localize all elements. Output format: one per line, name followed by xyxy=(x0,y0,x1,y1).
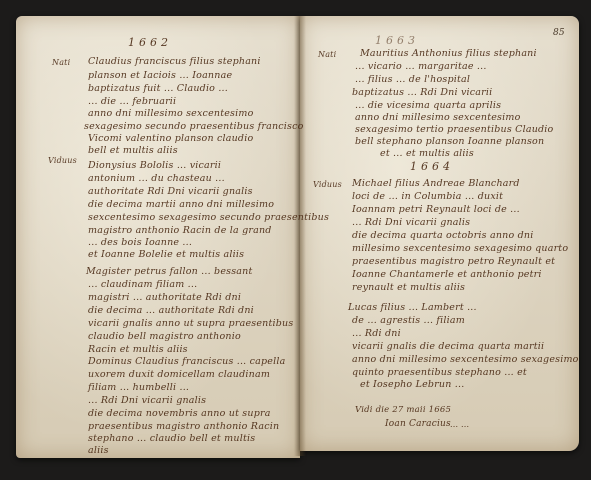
entry-line: et ... et multis aliis xyxy=(380,148,474,159)
entry-line: aliis xyxy=(88,445,109,456)
entry-line: Ioanne Chantamerle et anthonio petri xyxy=(352,269,542,280)
right-year-heading-top: 1663 xyxy=(375,34,419,47)
entry-line: planson et Iaciois ... Ioannae xyxy=(88,70,232,81)
entry-line: ... Rdi Dni vicarii gnalis xyxy=(352,217,470,228)
entry-line: baptizatus ... Rdi Dni vicarii xyxy=(352,87,492,98)
entry-line: loci de ... in Columbia ... duxit xyxy=(352,191,503,202)
entry-line: et Iosepho Lebrun ... xyxy=(360,379,464,390)
entry-line: Magister petrus fallon ... bessant xyxy=(86,266,253,277)
margin-note: Nati xyxy=(52,58,70,67)
entry-line: claudio bell magistro anthonio xyxy=(88,331,241,342)
entry-line: die decima novembris anno ut supra xyxy=(88,408,271,419)
entry-line: magistro anthonio Racin de la grand xyxy=(88,225,272,236)
entry-line: Dominus Claudius franciscus ... capella xyxy=(88,356,285,367)
entry-line: ... claudinam filiam ... xyxy=(88,279,197,290)
entry-line: Ioannam petri Reynault loci de ... xyxy=(352,204,520,215)
entry-line: et Ioanne Bolelie et multis aliis xyxy=(88,249,244,260)
entry-line: sexagesimo tertio praesentibus Claudio xyxy=(355,124,553,135)
signature: Ioan Caracius xyxy=(385,419,451,429)
entry-line: anno dni millesimo sexcentesimo xyxy=(355,112,521,123)
entry-line: ... filius ... de l'hospital xyxy=(355,74,470,85)
signature-flourish: ... ... xyxy=(450,420,469,429)
entry-line: Racin et multis aliis xyxy=(88,344,188,355)
entry-line: Lucas filius ... Lambert ... xyxy=(348,302,477,313)
entry-line: ... vicario ... margaritae ... xyxy=(355,61,487,72)
margin-note: Nati xyxy=(318,50,336,59)
entry-line: ... Rdi Dni vicarii gnalis xyxy=(88,395,206,406)
entry-line: die decima martii anno dni millesimo xyxy=(88,199,274,210)
entry-line: stephano ... claudio bell et multis xyxy=(88,433,255,444)
entry-line: de ... agrestis ... filiam xyxy=(352,315,465,326)
margin-note: Viduus xyxy=(48,156,77,165)
entry-line: ... Rdi dni xyxy=(352,328,401,339)
entry-line: anno dni millesimo sexcentesimo xyxy=(88,108,254,119)
entry-line: magistri ... authoritate Rdi dni xyxy=(88,292,241,303)
entry-line: baptizatus fuit ... Claudio ... xyxy=(88,83,228,94)
entry-line: antonium ... du chasteau ... xyxy=(88,173,225,184)
inspection-date-line: Vidi die 27 maii 1665 xyxy=(355,405,451,415)
entry-line: vicarii gnalis anno ut supra praesentibu… xyxy=(88,318,293,329)
entry-line: sexcentesimo sexagesimo secundo praesent… xyxy=(88,212,329,223)
entry-line: bell stephano planson Ioanne planson xyxy=(355,136,544,147)
book-gutter xyxy=(294,16,306,456)
entry-line: vicarii gnalis die decima quarta martii xyxy=(352,341,544,352)
entry-line: quinto praesentibus stephano ... et xyxy=(352,367,527,378)
entry-line: die decima quarta octobris anno dni xyxy=(352,230,533,241)
entry-line: ... die ... februarii xyxy=(88,96,176,107)
right-year-heading-mid: 1664 xyxy=(410,160,454,173)
entry-line: Dionysius Bololis ... vicarii xyxy=(88,160,221,171)
entry-line: praesentibus magistro petro Reynault et xyxy=(352,256,555,267)
entry-line: ... die vicesima quarta aprilis xyxy=(355,100,501,111)
entry-line: bell et multis aliis xyxy=(88,145,178,156)
entry-line: ... des bois Ioanne ... xyxy=(88,237,192,248)
entry-line: anno dni millesimo sexcentesimo sexagesi… xyxy=(352,354,579,365)
entry-line: filiam ... humbelli ... xyxy=(88,382,189,393)
entry-line: die decima ... authoritate Rdi dni xyxy=(88,305,254,316)
open-register-book: 1662 Nati Claudius franciscus filius ste… xyxy=(0,0,591,480)
entry-line: Vicomi valentino planson claudio xyxy=(88,133,253,144)
entry-line: praesentibus magistro anthonio Racin xyxy=(88,421,279,432)
left-year-heading: 1662 xyxy=(128,36,172,49)
entry-line: authoritate Rdi Dni vicarii gnalis xyxy=(88,186,253,197)
entry-line: sexagesimo secundo praesentibus francisc… xyxy=(84,121,304,132)
entry-line: uxorem duxit domicellam claudinam xyxy=(88,369,270,380)
entry-line: reynault et multis aliis xyxy=(352,282,465,293)
margin-note: Viduus xyxy=(313,180,342,189)
entry-line: Mauritius Anthonius filius stephani xyxy=(360,48,537,59)
entry-line: Michael filius Andreae Blanchard xyxy=(352,178,520,189)
entry-line: millesimo sexcentesimo sexagesimo quarto xyxy=(352,243,568,254)
entry-line: Claudius franciscus filius stephani xyxy=(88,56,261,67)
folio-number: 85 xyxy=(553,28,565,38)
